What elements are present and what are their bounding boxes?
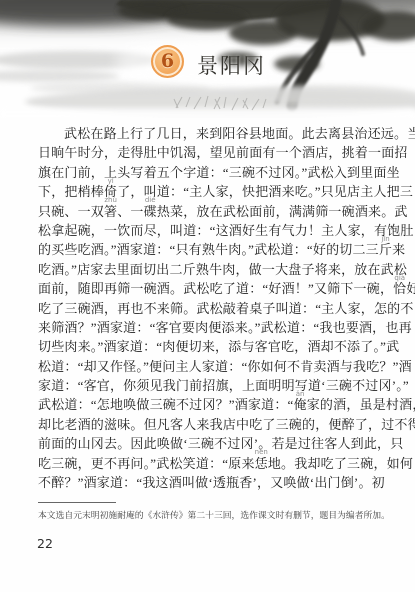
text-line: 切些肉来。”酒家道：“肉便切来，添与客官吃，酒却不添了。”武 xyxy=(38,337,402,356)
annotated-char: 斤jīn xyxy=(379,242,392,257)
text-line: 吃了三碗酒，再也不来筛。武松敲着桌子叫道：“主人家，怎的不 xyxy=(38,299,402,318)
pinyin-annotation: jīn xyxy=(381,236,389,243)
footnote-divider xyxy=(38,502,116,503)
lesson-number: 6 xyxy=(161,52,174,71)
text-line: 日晌午时分，走得肚中饥渴，望见前面有一个酒店，挑着一面招 xyxy=(38,143,402,162)
page-number: 22 xyxy=(37,536,53,551)
text-line: 面前，随即再筛一碗酒。武松吃了道：“好酒！”又筛下一碗，恰qià好 xyxy=(38,279,402,298)
text-line: 前面的山冈去。因此唤做‘三碗不过冈’。若是过往客人到此，只 xyxy=(38,434,402,453)
text-line: 来筛酒？”酒家道：“客官要肉便添来。”武松道：“我也要酒，也再 xyxy=(38,318,402,337)
text-line: 吃酒。”店家去里面切出二斤熟牛肉，做一大盘子将来，放在武松 xyxy=(38,260,402,279)
header-ink-painting: 6 景阳冈 xyxy=(0,0,415,118)
text-line: 吃三碗，更不再问。”武松笑道：“原来恁nèn地。我却吃了三碗，如何 xyxy=(38,454,402,473)
annotated-char: 恰qià xyxy=(393,281,406,296)
text-line: 不醉？”酒家道：“我这酒叫做‘透瓶香’，又唤做‘出门倒’。初 xyxy=(38,473,402,492)
text-line: 武松道：“怎地唤做三碗不过冈？”酒家道：“俺ǎn家的酒，虽是村酒， xyxy=(38,395,402,414)
pinyin-annotation: dié xyxy=(145,197,156,204)
text-line: 松拿起碗，一饮而尽，叫道：“这酒好生有气力！主人家，有饱肚 xyxy=(38,221,402,240)
annotated-char: 俺ǎn xyxy=(294,397,307,412)
annotated-char: 碟dié xyxy=(144,204,157,219)
textbook-page: 6 景阳冈 武松在路上行了几日，来到阳谷县地面。此去离县治还远。当日晌午时分，走… xyxy=(0,0,415,592)
text-line: 家道：“客官，你须见我门前招旗，上面明明写道‘三碗不过冈’。” xyxy=(38,376,402,395)
text-line: 只碗、一双箸zhù、一碟dié热菜，放在武松面前，满满筛一碗酒来。武 xyxy=(38,202,402,221)
text-line: 却比老酒的滋味。但凡客人来我店中吃了三碗的，便醉了，过不得 xyxy=(38,415,402,434)
footnote-text: 本文选自元末明初施耐庵的《水浒传》第二十三回，选作课文时有删节，题目为编者所加。 xyxy=(38,508,402,521)
lesson-body-text: 武松在路上行了几日，来到阳谷县地面。此去离县治还远。当日晌午时分，走得肚中饥渴，… xyxy=(38,124,402,492)
text-line: 松道：“却又作怪。”便问主人家道：“你如何不肯卖酒与我吃？”酒 xyxy=(38,357,402,376)
annotated-char: 恁nèn xyxy=(255,456,268,471)
pinyin-annotation: nèn xyxy=(255,449,268,456)
lesson-number-badge: 6 xyxy=(151,45,184,78)
annotated-char: 箸zhù xyxy=(104,204,117,219)
lesson-title: 景阳冈 xyxy=(197,50,266,80)
text-line: 旗在门前，上头写着五个字道：“三碗不过冈。”武松入到里面坐 xyxy=(38,163,402,182)
pinyin-annotation: ǎn xyxy=(296,391,305,398)
text-line: 武松在路上行了几日，来到阳谷县地面。此去离县治还远。当 xyxy=(38,124,402,143)
pinyin-annotation: zhù xyxy=(104,197,117,204)
text-line: 的买些吃酒。”酒家道：“只有熟牛肉。”武松道：“好的切二三斤jīn来 xyxy=(38,240,402,259)
pinyin-annotation: qià xyxy=(394,275,405,282)
pinyin-annotation: yǐ xyxy=(108,178,114,185)
text-line: 下，把梢棒倚yǐ了，叫道：“主人家，快把酒来吃。”只见店主人把三 xyxy=(38,182,402,201)
